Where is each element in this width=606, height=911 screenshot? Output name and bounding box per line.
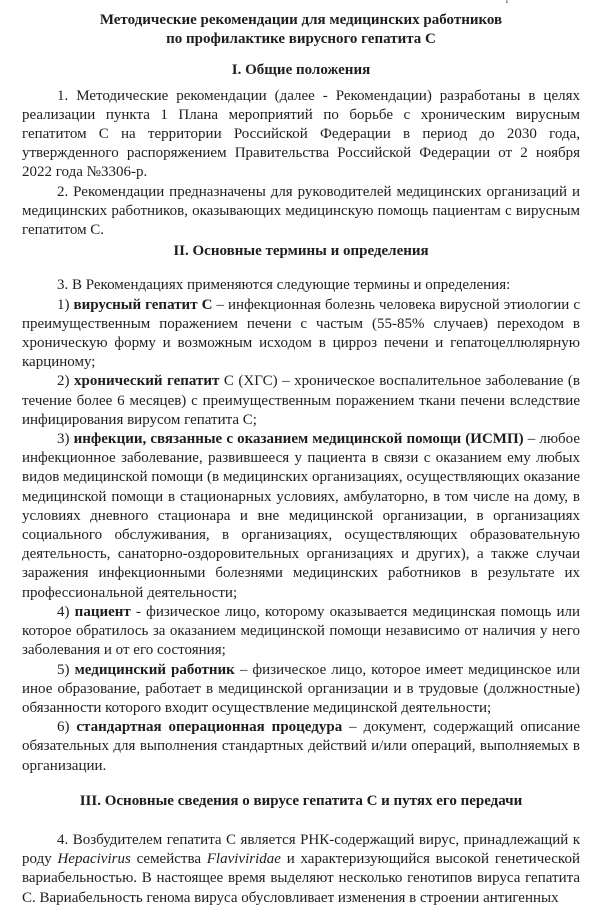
- definition-item-4: 4) пациент - физическое лицо, которому о…: [22, 603, 580, 661]
- item-number: 2): [57, 373, 74, 389]
- paragraph-4: 4. Возбудителем гепатита С является РНК-…: [22, 831, 580, 908]
- item-term: пациент: [75, 604, 131, 620]
- paragraph-3-intro: 3. В Рекомендациях применяются следующие…: [22, 276, 580, 295]
- definition-item-3: 3) инфекции, связанные с оказанием медиц…: [22, 430, 580, 603]
- item-term: инфекции, связанные с оказанием медицинс…: [74, 431, 524, 447]
- document-page: Приложение 2 Методические рекомендации д…: [0, 0, 606, 911]
- section-heading-general: I. Общие положения: [22, 61, 580, 80]
- paragraph-1: 1. Методические рекомендации (далее - Ре…: [22, 87, 580, 183]
- definition-item-1: 1) вирусный гепатит С – инфекционная бол…: [22, 296, 580, 373]
- definition-item-6: 6) стандартная операционная процедура – …: [22, 718, 580, 776]
- title-line-1: Методические рекомендации для медицински…: [22, 11, 580, 30]
- item-term: стандартная операционная процедура: [76, 719, 342, 735]
- item-number: 3): [57, 431, 74, 447]
- item-term: медицинский работник: [75, 662, 235, 678]
- title-line-2: по профилактике вирусного гепатита С: [22, 30, 580, 49]
- item-number: 5): [57, 662, 75, 678]
- genus-name-italic: Hepacivirus: [57, 851, 130, 867]
- item-term: хронический гепатит: [74, 373, 219, 389]
- corner-cutoff-text: Приложение 2: [436, 0, 586, 4]
- item-number: 6): [57, 719, 76, 735]
- section-heading-terms: II. Основные термины и определения: [22, 242, 580, 261]
- family-name-italic: Flaviviridae: [207, 851, 281, 867]
- definition-item-2: 2) хронический гепатит С (ХГС) – хрониче…: [22, 372, 580, 430]
- item-term: вирусный гепатит С: [74, 297, 213, 313]
- item-number: 1): [57, 297, 74, 313]
- item-definition: – любое инфекционное заболевание, развив…: [22, 431, 580, 601]
- section-heading-virus-info: III. Основные сведения о вирусе гепатита…: [22, 792, 580, 811]
- paragraph-2: 2. Рекомендации предназначены для руково…: [22, 183, 580, 241]
- paragraph-4-part-2: семейства: [131, 851, 207, 867]
- item-number: 4): [57, 604, 75, 620]
- definition-item-5: 5) медицинский работник – физическое лиц…: [22, 661, 580, 719]
- corner-cutoff-label: Приложение 2: [436, 0, 586, 4]
- document-title: Методические рекомендации для медицински…: [22, 11, 580, 49]
